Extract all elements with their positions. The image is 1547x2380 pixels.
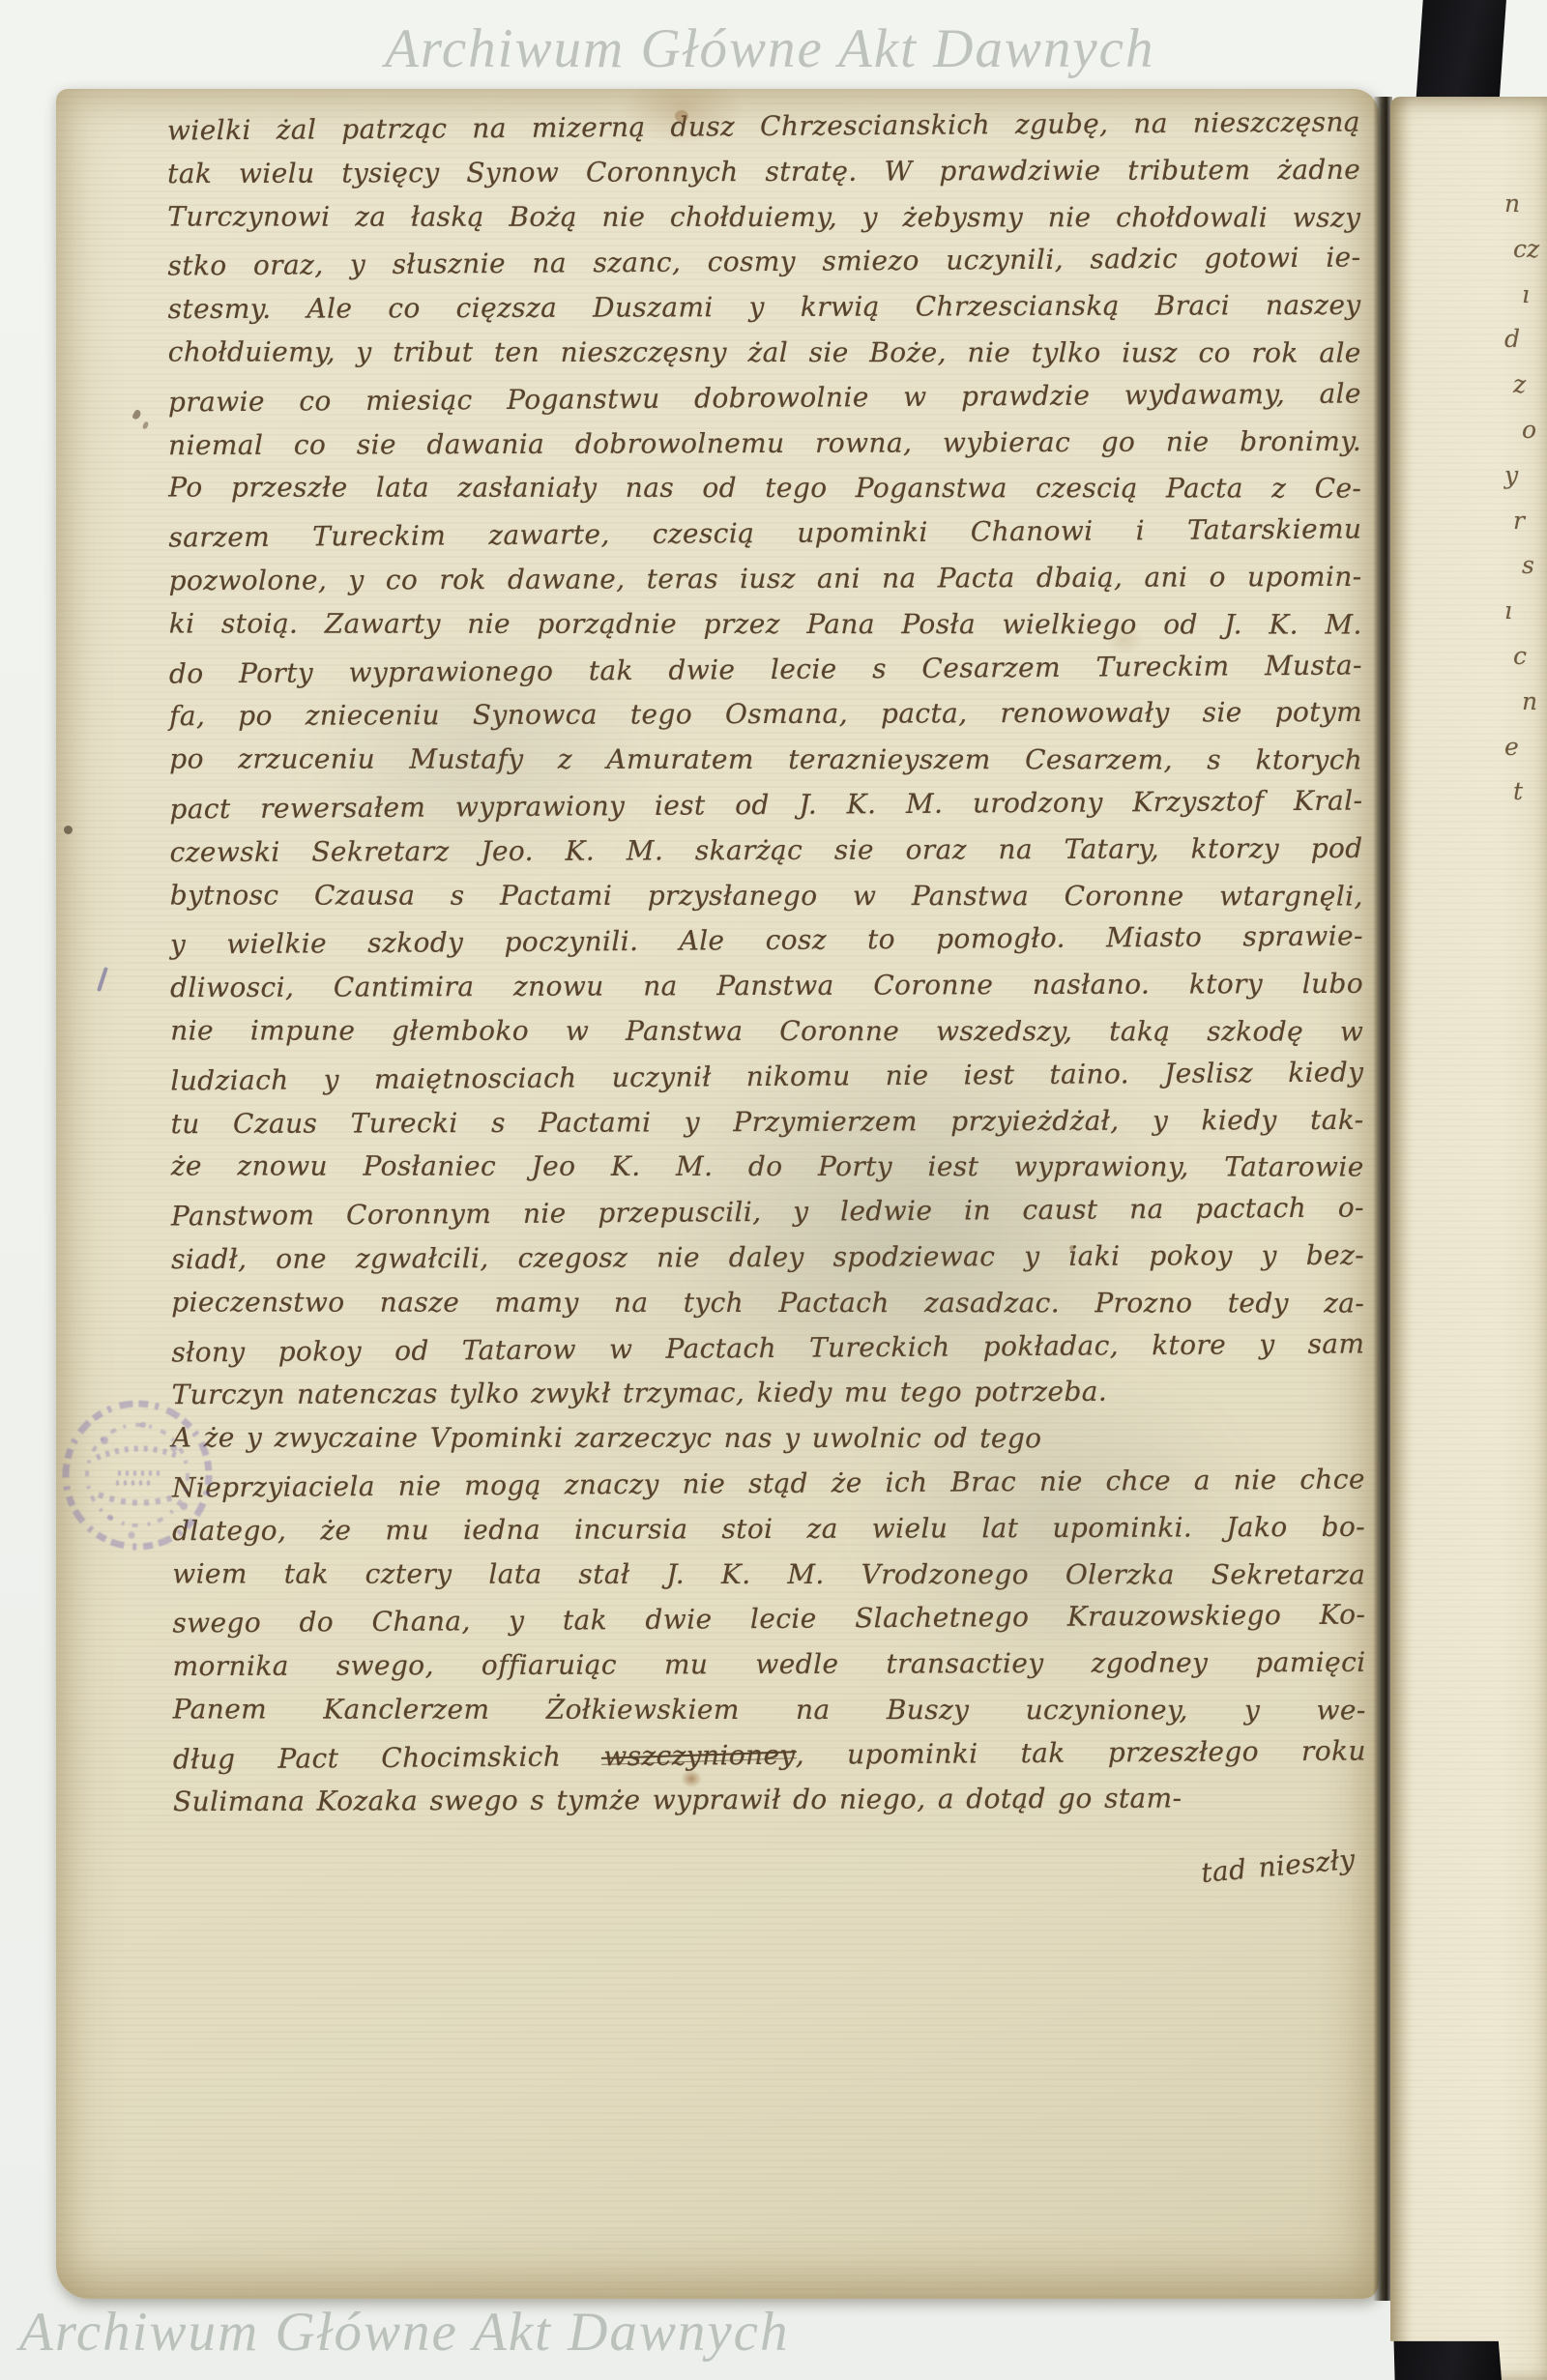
facing-page-edge: nczıdzoyrsıcnet — [1390, 97, 1547, 2380]
manuscript-line: chołduiemy, y tribut ten nieszczęsny żal… — [168, 330, 1361, 376]
facing-page-fragment: ı — [1504, 596, 1512, 624]
manuscript-line: pact rewersałem wyprawiony iest od J. K.… — [169, 778, 1362, 832]
manuscript-line: Turczynowi za łaską Bożą nie chołduiemy,… — [167, 194, 1360, 241]
manuscript-line: A że y zwyczaine Vpominki zarzeczyc nas … — [172, 1416, 1365, 1463]
archive-watermark-bottom: Archiwum Główne Akt Dawnych — [19, 2301, 789, 2364]
manuscript-line: wielki żal patrząc na mizerną dusz Chrze… — [167, 100, 1360, 154]
facing-page-fragment: c — [1513, 642, 1527, 670]
manuscript-line: Panem Kanclerzem Żołkiewskiem na Buszy u… — [173, 1687, 1366, 1733]
manuscript-line: dlatego, że mu iedna incursia stoi za wi… — [172, 1505, 1365, 1554]
manuscript-page: wielki żal patrząc na mizerną dusz Chrze… — [56, 89, 1379, 2299]
handwritten-text-block: wielki żal patrząc na mizerną dusz Chrze… — [167, 102, 1366, 1826]
manuscript-line: tak wielu tysięcy Synow Coronnych stratę… — [167, 148, 1360, 197]
manuscript-line: wiem tak cztery lata stał J. K. M. Vrodz… — [172, 1552, 1365, 1598]
manuscript-line: do Porty wyprawionego tak dwie lecie s C… — [169, 643, 1362, 697]
manuscript-line: Nieprzyiaciela nie mogą znaczy nie stąd … — [172, 1457, 1365, 1511]
manuscript-line: Turczyn natenczas tylko zwykł trzymac, k… — [171, 1369, 1364, 1418]
ink-speck — [64, 826, 73, 834]
facing-page-fragment: ı — [1522, 280, 1530, 308]
paper-fiber — [97, 967, 108, 992]
manuscript-line: y wielkie szkody poczynili. Ale cosz to … — [170, 914, 1363, 969]
manuscript-line: tu Czaus Turecki s Pactami y Przymierzem… — [170, 1097, 1363, 1146]
manuscript-line: bytnosc Czausa s Pactami przysłanego w P… — [170, 873, 1363, 919]
archive-watermark-top: Archiwum Główne Akt Dawnych — [385, 17, 1154, 80]
manuscript-scan: wielki żal patrząc na mizerną dusz Chrze… — [0, 0, 1547, 2380]
manuscript-line: siadł, one zgwałcili, czegosz nie daley … — [171, 1234, 1364, 1283]
facing-page-fragment: n — [1504, 189, 1520, 218]
manuscript-line: stko oraz, y słusznie na szanc, cosmy sm… — [167, 236, 1360, 290]
manuscript-line: dług Pact Chocimskich wszczynioney, upom… — [173, 1728, 1366, 1783]
manuscript-line: Sulimana Kozaka swego s tymże wyprawił d… — [173, 1776, 1366, 1825]
manuscript-line: nie impune głemboko w Panstwa Coronne ws… — [170, 1008, 1363, 1055]
manuscript-line: że znowu Posłaniec Jeo K. M. do Porty ie… — [171, 1145, 1364, 1191]
manuscript-line: pozwolone, y co rok dawane, teras iusz a… — [169, 555, 1362, 604]
manuscript-line: ki stoią. Zawarty nie porządnie przez Pa… — [169, 601, 1362, 648]
manuscript-line: pieczenstwo nasze mamy na tych Pactach z… — [171, 1280, 1364, 1326]
manuscript-line: stesmy. Ale co cięzsza Duszami y krwią C… — [168, 283, 1361, 333]
ink-speck — [131, 409, 142, 421]
catchword: tad nieszły — [170, 1837, 1362, 1989]
manuscript-line: prawie co miesiąc Poganstwu dobrowolnie … — [168, 371, 1361, 425]
catchword-row: tad nieszły — [170, 1893, 1363, 1937]
facing-page-fragment: e — [1504, 733, 1519, 761]
facing-page-fragment: d — [1504, 325, 1520, 353]
manuscript-line: po zrzuceniu Mustafy z Amuratem teraznie… — [169, 738, 1362, 784]
manuscript-line: mornika swego, offiaruiąc mu wedle trans… — [172, 1640, 1365, 1690]
facing-page-fragment: s — [1522, 551, 1534, 579]
facing-page-fragment: t — [1513, 777, 1523, 805]
facing-page-fragment: z — [1513, 370, 1526, 398]
facing-page-fragment: n — [1522, 687, 1537, 715]
manuscript-line: czewski Sekretarz Jeo. K. M. skarżąc sie… — [170, 827, 1363, 876]
manuscript-line: słony pokoy od Tatarow w Pactach Turecki… — [171, 1321, 1364, 1376]
manuscript-line: fa, po znieceniu Synowca tego Osmana, pa… — [169, 690, 1362, 740]
ink-speck — [142, 421, 150, 429]
manuscript-line: swego do Chana, y tak dwie lecie Slachet… — [172, 1593, 1365, 1647]
facing-page-fragment: y — [1504, 461, 1518, 489]
facing-page-fragment: cz — [1513, 235, 1539, 263]
page-gutter-shadow — [1373, 97, 1392, 2301]
facing-page-fragment: r — [1513, 507, 1525, 535]
manuscript-line: niemal co sie dawania dobrowolnemu rowna… — [168, 419, 1361, 468]
manuscript-line: sarzem Tureckim zawarte, czescią upomink… — [168, 508, 1361, 562]
manuscript-line: Panstwom Coronnym nie przepuscili, y led… — [171, 1186, 1364, 1240]
facing-page-fragment: o — [1522, 416, 1536, 444]
manuscript-line: dliwosci, Cantimira znowu na Panstwa Cor… — [170, 962, 1363, 1011]
archive-ink-stamp — [60, 1390, 222, 1562]
manuscript-line: Po przeszłe lata zasłaniały nas od tego … — [168, 466, 1361, 512]
manuscript-line: ludziach y maiętnosciach uczynił nikomu … — [170, 1050, 1363, 1104]
